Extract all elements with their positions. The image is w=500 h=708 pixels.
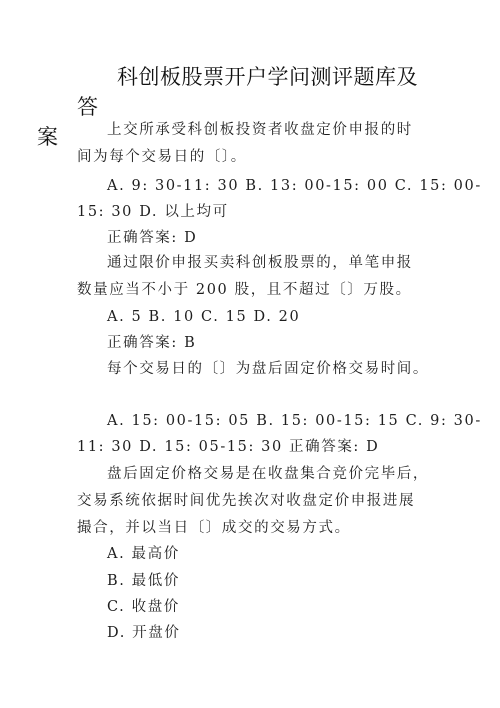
- text-line: 撮合，并以当日〔〕成交的交易方式。: [77, 518, 422, 538]
- text-line: D. 开盘价: [77, 623, 452, 643]
- title-line-1: 科创板股票开户学问测评题库及答: [77, 62, 422, 122]
- text-line: C. 收盘价: [77, 597, 452, 617]
- text-line: A. 9: 30-11: 30 B. 13: 00-15: 00 C. 15: …: [77, 176, 452, 196]
- text-line: 交易系统依据时间优先挨次对收盘定价申报进展: [77, 491, 422, 511]
- text-line: 间为每个交易日的〔〕。: [77, 147, 422, 167]
- text-line: A. 最高价: [77, 544, 452, 564]
- text-line: 盘后固定价格交易是在收盘集合竞价完毕后，: [77, 464, 452, 484]
- document-page: 科创板股票开户学问测评题库及答 案 上交所承受科创板投资者收盘定价申报的时间为每…: [0, 0, 500, 708]
- text-line: 11: 30 D. 15: 05-15: 30 正确答案: D: [77, 437, 422, 457]
- text-line: A. 15: 00-15: 05 B. 15: 00-15: 15 C. 9: …: [77, 411, 452, 431]
- text-line: 数量应当不小于 200 股，且不超过〔〕万股。: [77, 280, 422, 300]
- text-line: 正确答案: D: [77, 228, 452, 248]
- text-line: 通过限价申报买卖科创板股票的，单笔申报: [77, 253, 452, 273]
- text-line: B. 最低价: [77, 571, 452, 591]
- text-line: 每个交易日的〔〕为盘后固定价格交易时间。: [77, 359, 452, 379]
- text-line: 上交所承受科创板投资者收盘定价申报的时: [77, 120, 452, 140]
- text-line: A. 5 B. 10 C. 15 D. 20: [77, 307, 452, 327]
- text-line: 正确答案: B: [77, 333, 452, 353]
- text-line: 15: 30 D. 以上均可: [77, 202, 422, 222]
